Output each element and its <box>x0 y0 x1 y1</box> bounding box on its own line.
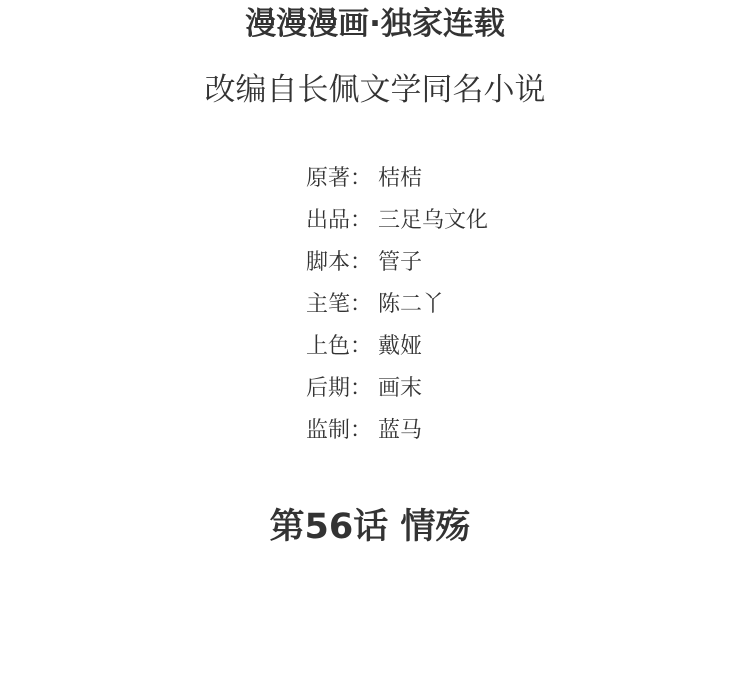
credit-row-supervisor: 监制：蓝马 <box>306 412 606 454</box>
credit-row-colorist: 上色：戴娅 <box>306 328 606 370</box>
credit-name: 戴娅 <box>378 328 422 366</box>
credit-role: 原著： <box>306 160 378 198</box>
credit-role: 后期： <box>306 370 378 408</box>
credit-row-original-author: 原著：桔桔 <box>306 160 606 202</box>
credit-name: 管子 <box>378 244 422 282</box>
credit-role: 出品： <box>306 202 378 240</box>
credit-name: 陈二丫 <box>378 286 444 324</box>
credit-name: 桔桔 <box>378 160 422 198</box>
adaptation-subtitle: 改编自长佩文学同名小说 <box>0 70 750 110</box>
credit-role: 上色： <box>306 328 378 366</box>
credit-row-script: 脚本：管子 <box>306 244 606 286</box>
credit-row-post-production: 后期：画末 <box>306 370 606 412</box>
credit-role: 主笔： <box>306 286 378 324</box>
credit-name: 三足乌文化 <box>378 202 488 240</box>
credit-role: 监制： <box>306 412 378 450</box>
credit-row-producer: 出品：三足乌文化 <box>306 202 606 244</box>
credit-row-lead-artist: 主笔：陈二丫 <box>306 286 606 328</box>
publisher-title: 漫漫漫画·独家连载 <box>0 4 750 44</box>
credits-list: 原著：桔桔 出品：三足乌文化 脚本：管子 主笔：陈二丫 上色：戴娅 后期：画末 … <box>306 160 606 454</box>
credit-name: 蓝马 <box>378 412 422 450</box>
credit-role: 脚本： <box>306 244 378 282</box>
chapter-title: 第56话 情殇 <box>0 505 740 549</box>
credit-name: 画末 <box>378 370 422 408</box>
